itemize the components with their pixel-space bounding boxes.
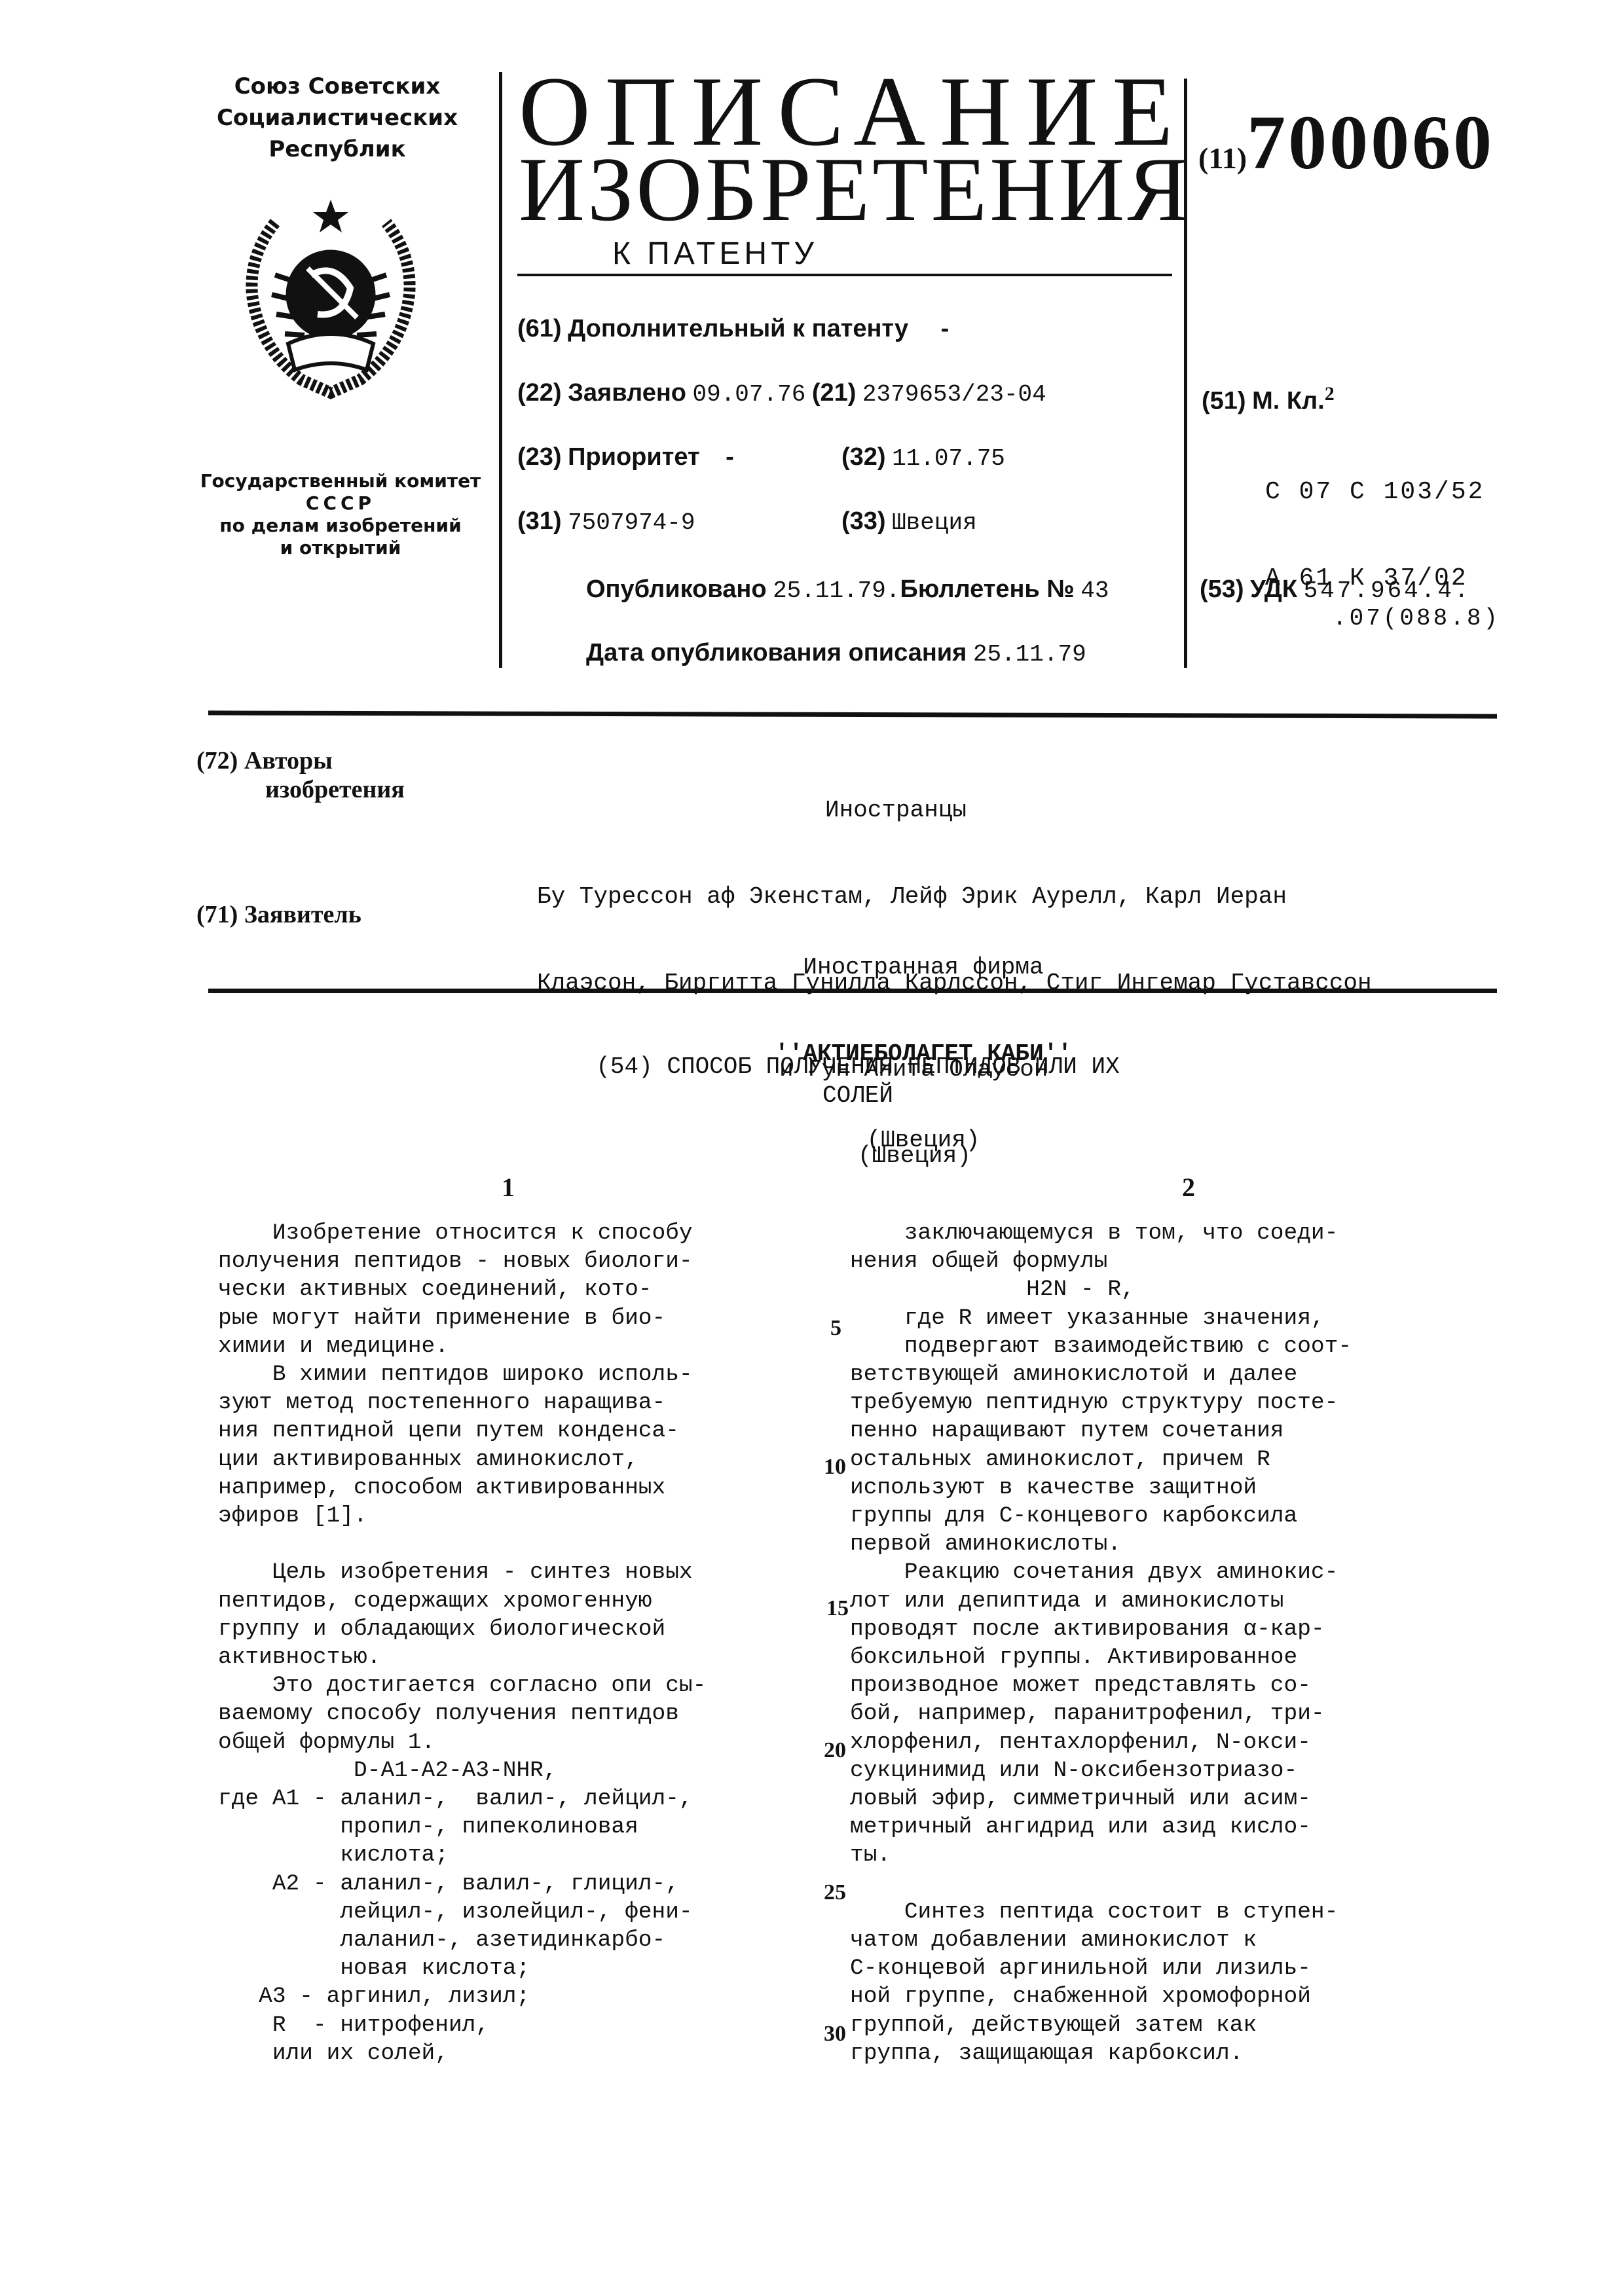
title-underline	[517, 274, 1172, 276]
line-number: 15	[826, 1596, 849, 1621]
applicant-label: (71) Заявитель	[196, 900, 361, 929]
field-code: (51)	[1202, 388, 1246, 415]
field-value: -	[941, 315, 950, 342]
body-text-line: используют в качестве защитной	[850, 1474, 1505, 1502]
body-text-line: зуют метод постепенного наращива-	[218, 1389, 807, 1417]
body-text-line: требуемую пептидную структуру посте-	[850, 1389, 1505, 1417]
body-text-line: Синтез пептида состоит в ступен-	[850, 1898, 1505, 1926]
body-text-line: лот или депиптида и аминокислоты	[850, 1587, 1505, 1615]
body-text-line: Реакцию сочетания двух аминокис-	[850, 1558, 1505, 1586]
field-31: (31) 7507974-9	[517, 507, 695, 538]
invention-title-line: СОЛЕЙ	[537, 1082, 1179, 1110]
field-label: изобретения	[196, 775, 405, 804]
field-label: Опубликовано	[586, 575, 767, 603]
field-code: (54)	[596, 1053, 652, 1080]
field-value: 7507974-9	[568, 509, 695, 536]
body-text-line: бой, например, паранитрофенил, три-	[850, 1700, 1505, 1728]
body-text-line: чески активных соединений, кото-	[218, 1275, 807, 1303]
invention-title: (54) СПОСОБ ПОЛУЧЕНИЯ ПЕПТИДОВ ИЛИ ИХ СО…	[537, 1053, 1179, 1110]
vertical-divider	[499, 72, 502, 668]
body-text-line: ния пептидной цепи путем конденса-	[218, 1417, 807, 1445]
field-value: 43	[1080, 577, 1109, 604]
body-text-line: С-концевой аргинильной или лизиль-	[850, 1954, 1505, 1982]
classification-code: С 07 С 103/52	[1265, 478, 1485, 507]
published-date: Опубликовано 25.11.79.Бюллетень № 43	[586, 575, 1109, 606]
line-number: 20	[824, 1738, 846, 1763]
column-number-left: 1	[502, 1172, 515, 1203]
body-text-line: боксильной группы. Активированное	[850, 1643, 1505, 1671]
committee-name: Государственный комитет СССР по делам из…	[183, 470, 498, 559]
field-code: (53)	[1200, 575, 1244, 603]
field-code: (31)	[517, 507, 562, 535]
field-label: Дата опубликования описания	[586, 639, 967, 666]
field-label: Заявитель	[244, 901, 361, 928]
document-title-line2: ИЗОБРЕТЕНИЯ	[519, 141, 1191, 239]
body-text-line: новая кислота;	[218, 1954, 807, 1982]
body-text-line: R - нитрофенил,	[218, 2011, 807, 2039]
body-text-line: лаланил-, азетидинкарбо-	[218, 1926, 807, 1954]
body-text-line: метричный ангидрид или азид кисло-	[850, 1813, 1505, 1841]
field-51: (51) М. Кл.2	[1202, 380, 1335, 416]
line-number: 25	[824, 1880, 846, 1905]
body-text-line: D-A1-A2-A3-NHR,	[218, 1757, 807, 1785]
body-text-line: Изобретение относится к способу	[218, 1219, 807, 1247]
field-value: 25.11.79.	[773, 577, 900, 604]
description-date: Дата опубликования описания 25.11.79	[586, 638, 1086, 669]
body-text-line: активностью.	[218, 1643, 807, 1671]
body-text-line: чатом добавлении аминокислот к	[850, 1926, 1505, 1954]
body-text-line: A2 - аланил-, валил-, глицил-,	[218, 1870, 807, 1898]
field-22: (22) Заявлено 09.07.76 (21) 2379653/23-0…	[517, 378, 1046, 409]
body-text-line: производное может представлять со-	[850, 1671, 1505, 1700]
field-23: (23) Приоритет -	[517, 443, 734, 471]
applicant-line: (Швеция)	[773, 1126, 1074, 1155]
body-text-line: заключающемуся в том, что соеди-	[850, 1219, 1505, 1247]
body-text-line: остальных аминокислот, причем R	[850, 1446, 1505, 1474]
body-text-line: получения пептидов - новых биологи-	[218, 1247, 807, 1275]
field-value: 09.07.76	[693, 381, 806, 408]
country-name: Союз Советских Социалистических Республи…	[190, 71, 485, 165]
body-text-line	[218, 1530, 807, 1558]
committee-line: СССР	[183, 492, 498, 515]
field-label: Бюллетень №	[900, 575, 1075, 603]
body-text-line: или их солей,	[218, 2039, 807, 2068]
invention-title-line: СПОСОБ ПОЛУЧЕНИЯ ПЕПТИДОВ ИЛИ ИХ	[667, 1053, 1119, 1080]
field-33: (33) Швеция	[841, 507, 977, 538]
field-label: М. Кл.	[1252, 388, 1325, 415]
patent-number: (11)700060	[1198, 98, 1494, 187]
field-value: 11.07.75	[892, 445, 1005, 472]
committee-line: и открытий	[183, 537, 498, 559]
body-text-line: ваемому способу получения пептидов	[218, 1700, 807, 1728]
body-text-line: эфиров [1].	[218, 1502, 807, 1530]
body-text-line: группы для С-концевого карбоксила	[850, 1502, 1505, 1530]
body-text-line: группа, защищающая карбоксил.	[850, 2039, 1505, 2068]
committee-line: по делам изобретений	[183, 515, 498, 537]
body-text-line: проводят после активирования α-кар-	[850, 1615, 1505, 1643]
body-text-line: где A1 - аланил-, валил-, лейцил-,	[218, 1785, 807, 1813]
field-53: (53) УДК 547.964.4.	[1200, 575, 1471, 606]
committee-line: Государственный комитет	[183, 470, 498, 492]
body-text-line: ной группе, снабженной хромофорной	[850, 1982, 1505, 2011]
applicant-details: Иностранная фирма ''АКТИЕБОЛАГЕТ КАБИ'' …	[773, 896, 1074, 1184]
body-text-line: ловый эфир, симметричный или асим-	[850, 1785, 1505, 1813]
body-text-line: где R имеет указанные значения,	[850, 1304, 1505, 1332]
body-text-line: пенно наращивают путем сочетания	[850, 1417, 1505, 1445]
line-number: 5	[830, 1316, 841, 1341]
body-text-line: кислота;	[218, 1841, 807, 1869]
body-text-line: лейцил-, изолейцил-, фени-	[218, 1898, 807, 1926]
field-value: 25.11.79	[973, 641, 1086, 668]
line-number: 10	[824, 1455, 846, 1480]
body-text-line: A3 - аргинил, лизил;	[218, 1982, 807, 2011]
applicant-line: Иностранная фирма	[773, 953, 1074, 982]
body-text-line: ветствующей аминокислотой и далее	[850, 1360, 1505, 1389]
horizontal-rule	[208, 989, 1497, 993]
field-code: (71)	[196, 901, 238, 928]
body-text-line: например, способом активированных	[218, 1474, 807, 1502]
field-53-cont: .07(088.8)	[1333, 602, 1500, 633]
body-text-line: группу и обладающих биологической	[218, 1615, 807, 1643]
body-text-line	[850, 1870, 1505, 1898]
field-label: УДК	[1250, 575, 1297, 603]
field-61: (61) Дополнительный к патенту -	[517, 314, 949, 343]
field-value: 2379653/23-04	[862, 381, 1046, 408]
body-text-line: сукцинимид или N-оксибензотриазо-	[850, 1757, 1505, 1785]
body-text-line: В химии пептидов широко исполь-	[218, 1360, 807, 1389]
field-code: (22)	[517, 379, 562, 407]
patent-number-code: (11)	[1198, 141, 1247, 175]
body-text-line: Цель изобретения - синтез новых	[218, 1558, 807, 1586]
body-text-line: подвергают взаимодействию с соот-	[850, 1332, 1505, 1360]
body-text-line: рые могут найти применение в био-	[218, 1304, 807, 1332]
body-text-line: ты.	[850, 1841, 1505, 1869]
body-text-line: пептидов, содержащих хромогенную	[218, 1587, 807, 1615]
country-line: Республик	[190, 134, 485, 165]
country-line: Социалистических	[190, 102, 485, 134]
field-label: Приоритет	[568, 443, 700, 471]
body-text-line: пропил-, пипеколиновая	[218, 1813, 807, 1841]
field-label: Авторы	[244, 747, 333, 774]
field-code: (33)	[841, 507, 886, 535]
patent-number-value: 700060	[1247, 100, 1494, 185]
authors-label: (72) Авторы изобретения	[196, 746, 405, 804]
field-code: (72)	[196, 747, 238, 774]
field-code: (21)	[812, 379, 857, 407]
column-number-right: 2	[1182, 1172, 1195, 1203]
body-column-right: заключающемуся в том, что соеди-нения об…	[850, 1219, 1505, 2068]
body-text-line: ции активированных аминокислот,	[218, 1446, 807, 1474]
field-32: (32) 11.07.75	[841, 443, 1005, 473]
field-value: Швеция	[892, 509, 977, 536]
body-text-line: первой аминокислоты.	[850, 1530, 1505, 1558]
field-code: (32)	[841, 443, 886, 471]
field-value: 547.964.4.	[1304, 577, 1471, 604]
field-value: -	[726, 443, 734, 471]
ussr-coat-of-arms-icon	[236, 196, 426, 406]
document-subtitle: К ПАТЕНТУ	[612, 236, 818, 272]
field-superscript: 2	[1325, 383, 1335, 405]
line-number: 30	[824, 2022, 846, 2047]
field-label: Дополнительный к патенту	[568, 315, 908, 342]
body-text-line: Это достигается согласно опи сы-	[218, 1671, 807, 1700]
body-text-line: группой, действующей затем как	[850, 2011, 1505, 2039]
horizontal-rule	[208, 710, 1497, 718]
body-text-line: нения общей формулы	[850, 1247, 1505, 1275]
field-label: Заявлено	[568, 379, 686, 407]
body-column-left: Изобретение относится к способуполучения…	[218, 1219, 807, 2068]
field-code: (61)	[517, 315, 562, 342]
field-value: .07(088.8)	[1333, 605, 1500, 632]
author-line: Иностранцы	[537, 796, 1372, 825]
body-text-line: хлорфенил, пентахлорфенил, N-окси-	[850, 1728, 1505, 1757]
body-text-line: общей формулы 1.	[218, 1728, 807, 1757]
field-code: (23)	[517, 443, 562, 471]
country-line: Союз Советских	[190, 71, 485, 102]
body-text-line: H2N - R,	[850, 1275, 1505, 1303]
body-text-line: химии и медицине.	[218, 1332, 807, 1360]
